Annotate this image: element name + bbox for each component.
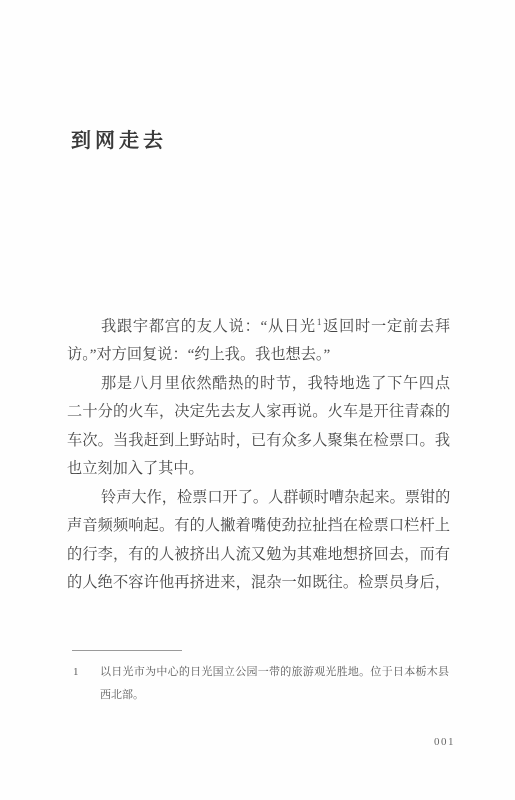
paragraph-line: 车次。当我赶到上野站时，已有众多人聚集在检票口。我 (67, 427, 450, 455)
page-number: 001 (434, 736, 455, 748)
footnote-line: 以日光市为中心的日光国立公园一带的旅游观光胜地。位于日本栃木县 (100, 661, 449, 684)
paragraph-line: 二十分的火车，决定先去友人家再说。火车是开往青森的 (67, 398, 450, 426)
paragraph-line: 声音频频响起。有的人撇着嘴使劲拉扯挡在检票口栏杆上 (67, 512, 450, 540)
book-page: 到网走去 我跟宇都宫的友人说：“从日光1返回时一定前去拜 访。”对方回复说：“约… (0, 0, 515, 800)
footnote-marker: 1 (67, 661, 100, 684)
footnote-text: 以日光市为中心的日光国立公园一带的旅游观光胜地。位于日本栃木县 西北部。 (100, 661, 449, 707)
paragraph-line: 也立刻加入了其中。 (67, 455, 450, 483)
paragraph-line: 我跟宇都宫的友人说：“从日光1返回时一定前去拜 (67, 313, 450, 341)
paragraph-line: 访。”对方回复说：“约上我。我也想去。” (67, 341, 450, 369)
footnote: 1 以日光市为中心的日光国立公园一带的旅游观光胜地。位于日本栃木县 西北部。 (67, 661, 449, 707)
footnote-divider (72, 650, 182, 651)
footnote-line: 西北部。 (100, 684, 449, 707)
paragraph-line: 的人绝不容许他再挤进来，混杂一如既往。检票员身后， (67, 569, 450, 597)
paragraph-line: 铃声大作，检票口开了。人群顿时嘈杂起来。票钳的 (67, 484, 450, 512)
body-text: 我跟宇都宫的友人说：“从日光1返回时一定前去拜 访。”对方回复说：“约上我。我也… (67, 313, 450, 598)
line-text: 我跟宇都宫的友人说：“从日光 (101, 318, 316, 335)
chapter-title: 到网走去 (71, 129, 167, 153)
paragraph-line: 的行李，有的人被挤出人流又勉为其难地想挤回去，而有 (67, 541, 450, 569)
line-text: 返回时一定前去拜 (322, 318, 450, 335)
paragraph-line: 那是八月里依然酷热的时节，我特地选了下午四点 (67, 370, 450, 398)
